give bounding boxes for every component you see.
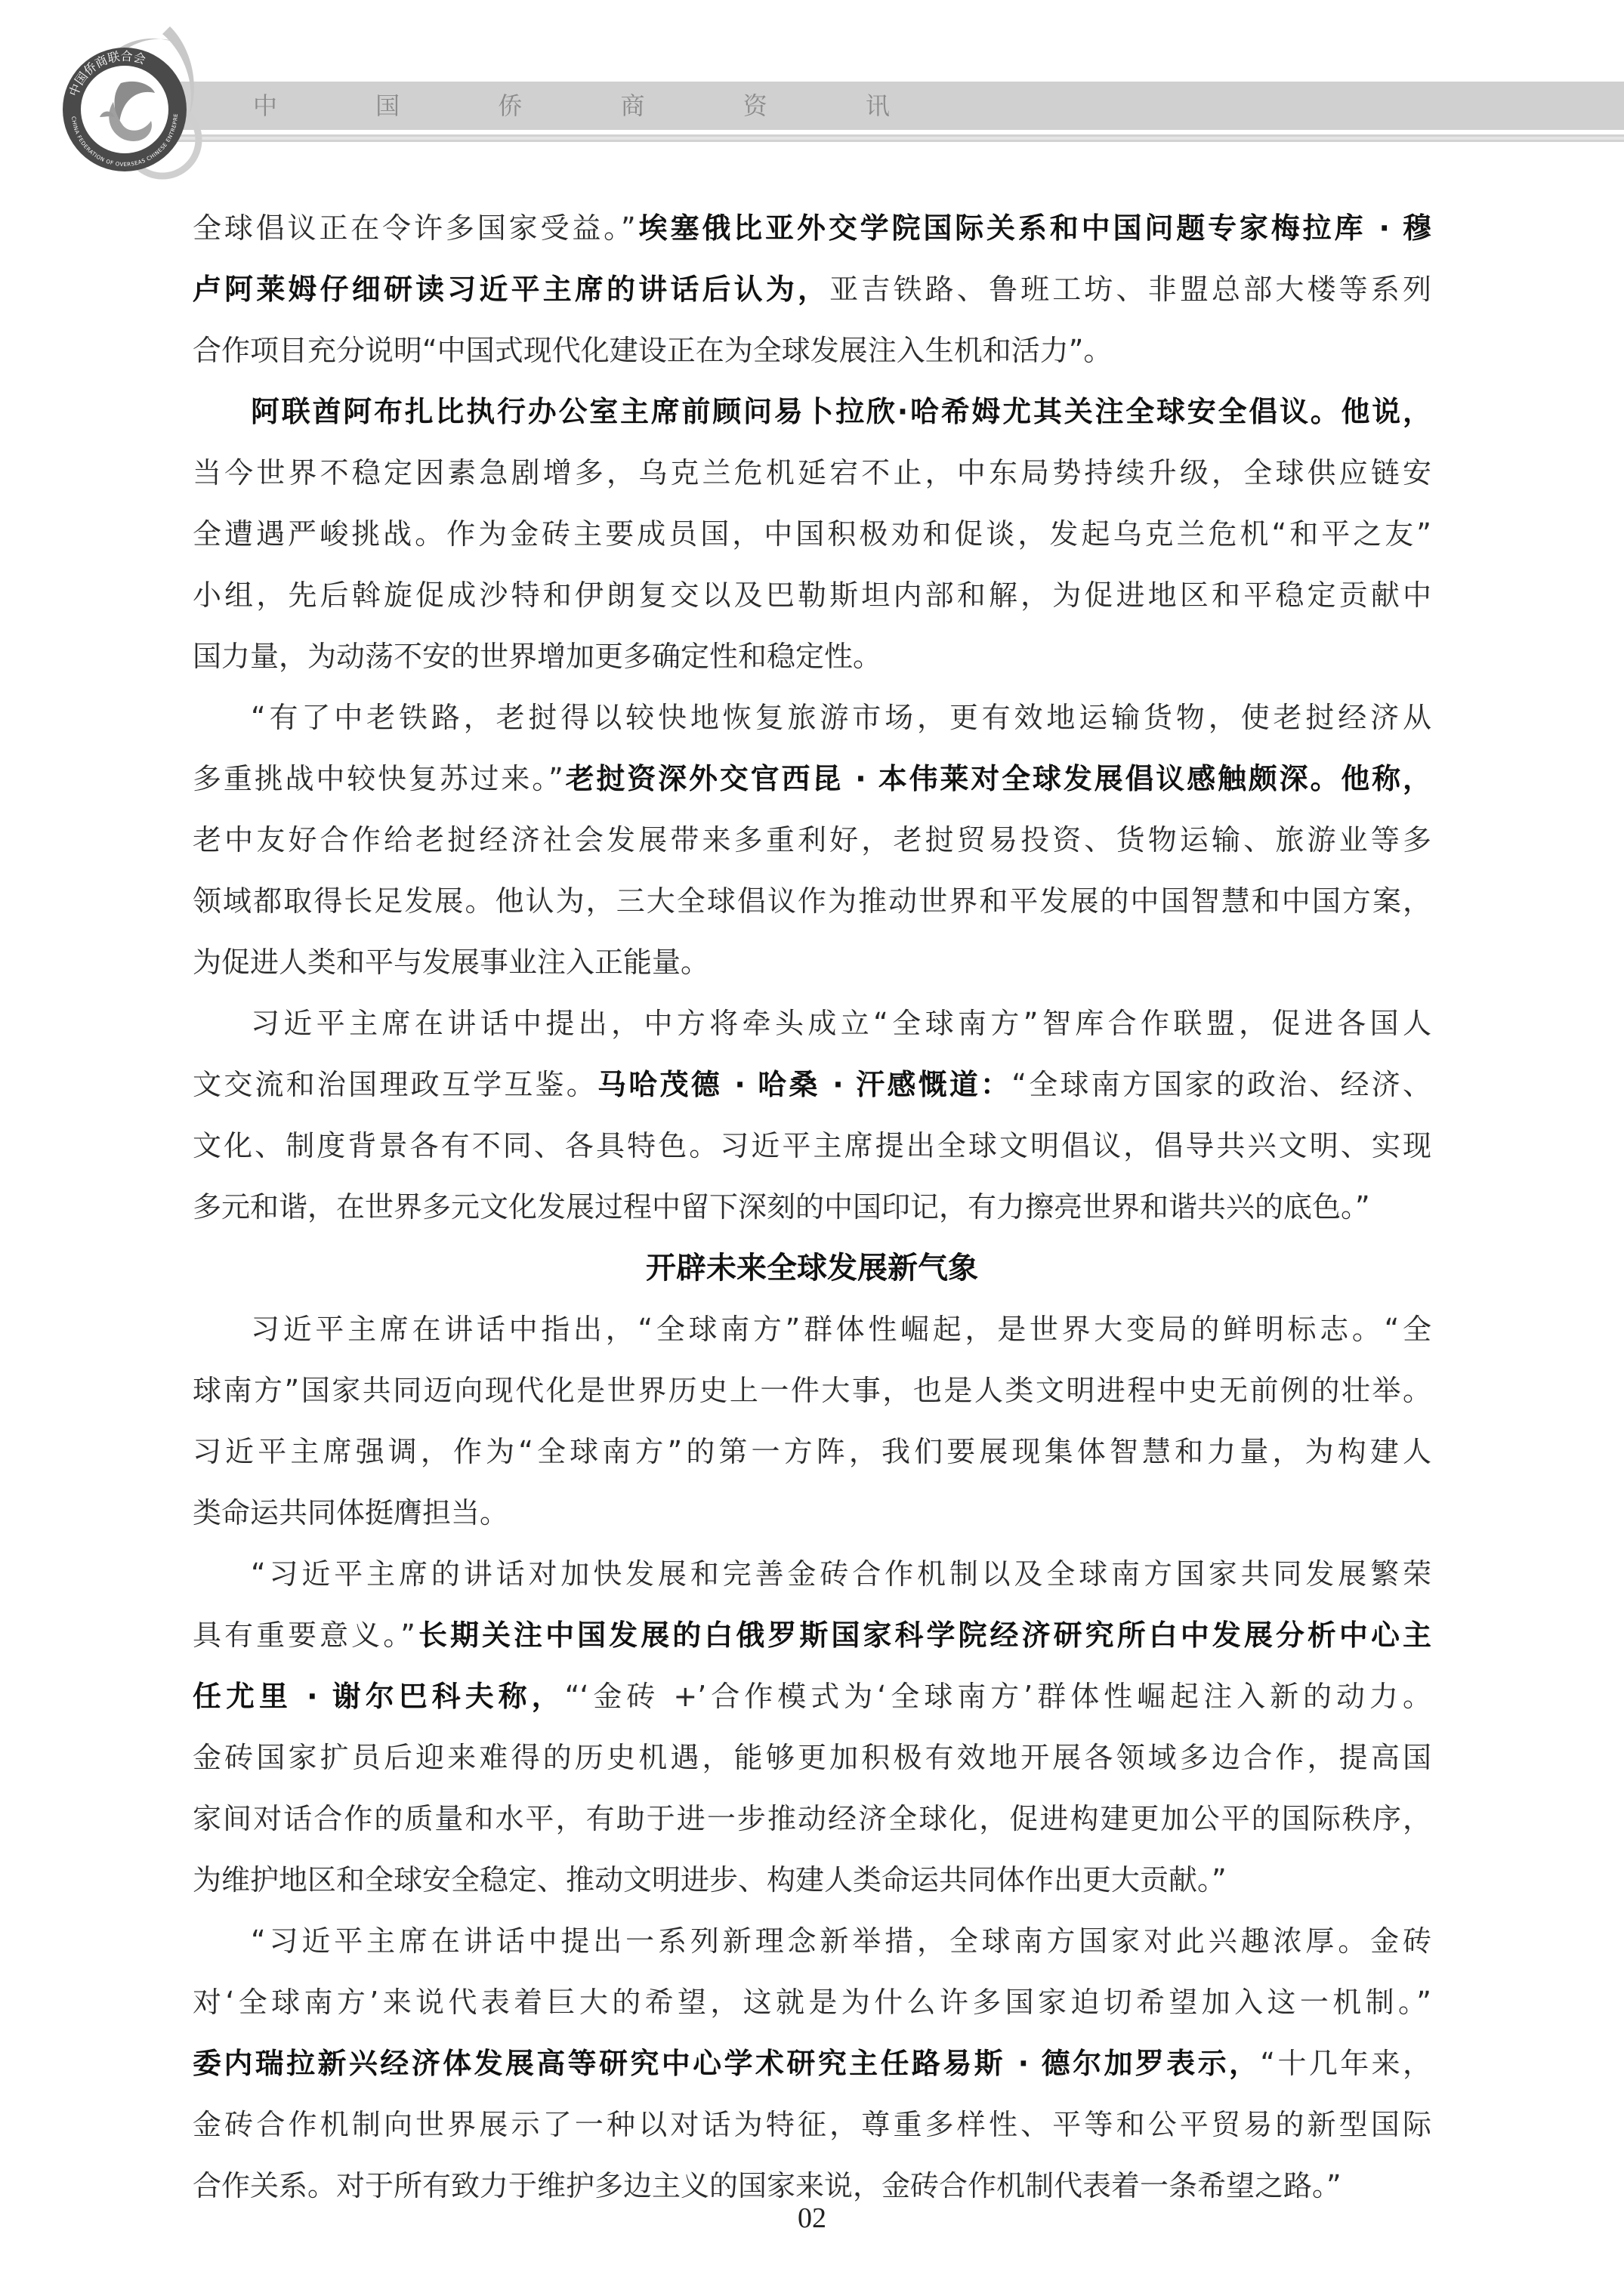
- text-line: 金砖国家扩员后迎来难得的历史机遇，能够更加积极有效地开展各领域多边合作，提高国: [193, 1727, 1431, 1788]
- body-text: 领域都取得长足发展。他认为，三大全球倡议作为推动世界和平发展的中国智慧和中国方案…: [193, 884, 1431, 918]
- body-text: 国力量，为动荡不安的世界增加更多确定性和稳定性。: [193, 640, 881, 673]
- page-number: 02: [0, 2202, 1624, 2235]
- body-text: 类命运共同体挺膺担当。: [193, 1496, 508, 1529]
- body-text: 多重挑战中较快复苏过来。”: [193, 762, 563, 795]
- body-text: 习近平主席在讲话中指出，“全球南方”群体性崛起，是世界大变局的鲜明标志。“全: [251, 1313, 1431, 1346]
- text-line: 金砖合作机制向世界展示了一种以对话为特征，尊重多样性、平等和公平贸易的新型国际: [193, 2094, 1431, 2156]
- body-text: 为维护地区和全球安全稳定、推动文明进步、构建人类命运共同体作出更大贡献。”: [193, 1863, 1227, 1896]
- text-line: 国力量，为动荡不安的世界增加更多确定性和稳定性。: [193, 626, 1431, 687]
- text-line: 习近平主席在讲话中指出，“全球南方”群体性崛起，是世界大变局的鲜明标志。“全: [193, 1299, 1431, 1360]
- text-line: “习近平主席在讲话中提出一系列新理念新举措，全球南方国家对此兴趣浓厚。金砖: [193, 1911, 1431, 1972]
- paragraph: 阿联酋阿布扎比执行办公室主席前顾问易卜拉欣·哈希姆尤其关注全球安全倡议。他说，当…: [193, 381, 1431, 687]
- text-line: 为促进人类和平与发展事业注入正能量。: [193, 932, 1431, 993]
- body-text: 文化、制度背景各有不同、各具特色。习近平主席提出全球文明倡议，倡导共兴文明、实现: [193, 1129, 1431, 1162]
- body-text: 金砖国家扩员后迎来难得的历史机遇，能够更加积极有效地开展各领域多边合作，提高国: [193, 1741, 1431, 1774]
- bold-attribution-text: 长期关注中国发展的白俄罗斯国家科学院经济研究所白中发展分析中心主: [415, 1619, 1431, 1652]
- body-text: 全遭遇严峻挑战。作为金砖主要成员国，中国积极劝和促谈，发起乌克兰危机“和平之友”: [193, 517, 1431, 551]
- body-text: 全球倡议正在令许多国家受益。”: [193, 211, 636, 245]
- article-body: 全球倡议正在令许多国家受益。”埃塞俄比亚外交学院国际关系和中国问题专家梅拉库 ·…: [193, 198, 1431, 2217]
- text-line: 具有重要意义。”长期关注中国发展的白俄罗斯国家科学院经济研究所白中发展分析中心主: [193, 1605, 1431, 1666]
- organization-emblem-icon: 中国侨商联合会 CHINA FEDERATION OF OVERSEAS CHI…: [30, 11, 227, 185]
- body-text: 球南方”国家共同迈向现代化是世界历史上一件大事，也是人类文明进程中史无前例的壮举…: [193, 1374, 1431, 1407]
- body-text: 合作关系。对于所有致力于维护多边主义的国家来说，金砖合作机制代表着一条希望之路。…: [193, 2169, 1341, 2202]
- paragraph: 习近平主席在讲话中指出，“全球南方”群体性崛起，是世界大变局的鲜明标志。“全球南…: [193, 1299, 1431, 1544]
- text-line: 习近平主席在讲话中提出，中方将牵头成立“全球南方”智库合作联盟，促进各国人: [193, 993, 1431, 1054]
- body-text: “有了中老铁路，老挝得以较快地恢复旅游市场，更有效地运输货物，使老挝经济从: [251, 701, 1431, 734]
- body-text: “习近平主席在讲话中提出一系列新理念新举措，全球南方国家对此兴趣浓厚。金砖: [251, 1924, 1431, 1958]
- body-text: 习近平主席在讲话中提出，中方将牵头成立“全球南方”智库合作联盟，促进各国人: [251, 1007, 1431, 1040]
- body-text: 文交流和治国理政互学互鉴。: [193, 1068, 597, 1101]
- paragraph: 习近平主席在讲话中提出，中方将牵头成立“全球南方”智库合作联盟，促进各国人文交流…: [193, 993, 1431, 1238]
- text-line: 阿联酋阿布扎比执行办公室主席前顾问易卜拉欣·哈希姆尤其关注全球安全倡议。他说，: [193, 381, 1431, 443]
- body-text: 对‘全球南方’来说代表着巨大的希望，这就是为什么许多国家迫切希望加入这一机制。”: [193, 1986, 1431, 2019]
- text-line: 老中友好合作给老挝经济社会发展带来多重利好，老挝贸易投资、货物运输、旅游业等多: [193, 810, 1431, 871]
- text-line: 为维护地区和全球安全稳定、推动文明进步、构建人类命运共同体作出更大贡献。”: [193, 1850, 1431, 1911]
- text-line: 多元和谐，在世界多元文化发展过程中留下深刻的中国印记，有力擦亮世界和谐共兴的底色…: [193, 1177, 1431, 1238]
- text-line: 领域都取得长足发展。他认为，三大全球倡议作为推动世界和平发展的中国智慧和中国方案…: [193, 871, 1431, 932]
- body-text: “十几年来，: [1260, 2047, 1431, 2080]
- text-line: 当今世界不稳定因素急剧增多，乌克兰危机延宕不止，中东局势持续升级，全球供应链安: [193, 443, 1431, 504]
- body-text: 合作项目充分说明“中国式现代化建设正在为全球发展注入生机和活力”。: [193, 334, 1112, 367]
- text-line: 全遭遇严峻挑战。作为金砖主要成员国，中国积极劝和促谈，发起乌克兰危机“和平之友”: [193, 504, 1431, 565]
- body-text: 老中友好合作给老挝经济社会发展带来多重利好，老挝贸易投资、货物运输、旅游业等多: [193, 823, 1431, 856]
- text-line: 球南方”国家共同迈向现代化是世界历史上一件大事，也是人类文明进程中史无前例的壮举…: [193, 1360, 1431, 1421]
- header-divider: [113, 134, 1624, 142]
- paragraph: “习近平主席在讲话中提出一系列新理念新举措，全球南方国家对此兴趣浓厚。金砖对‘全…: [193, 1911, 1431, 2217]
- bold-attribution-text: 任尤里 · 谢尔巴科夫称，: [193, 1680, 565, 1713]
- body-text: 习近平主席强调，作为“全球南方”的第一方阵，我们要展现集体智慧和力量，为构建人: [193, 1435, 1431, 1468]
- bold-attribution-text: 马哈茂德 · 哈桑 · 汗感慨道：: [597, 1068, 1011, 1101]
- paragraph: “有了中老铁路，老挝得以较快地恢复旅游市场，更有效地运输货物，使老挝经济从多重挑…: [193, 687, 1431, 993]
- text-line: 对‘全球南方’来说代表着巨大的希望，这就是为什么许多国家迫切希望加入这一机制。”: [193, 1972, 1431, 2033]
- body-text: 家间对话合作的质量和水平，有助于进一步推动经济全球化，促进构建更加公平的国际秩序…: [193, 1802, 1431, 1835]
- text-line: 委内瑞拉新兴经济体发展高等研究中心学术研究主任路易斯 · 德尔加罗表示，“十几年…: [193, 2033, 1431, 2094]
- text-line: 多重挑战中较快复苏过来。”老挝资深外交官西昆 · 本伟莱对全球发展倡议感触颇深。…: [193, 748, 1431, 810]
- body-text: 具有重要意义。”: [193, 1619, 415, 1652]
- body-text: “习近平主席的讲话对加快发展和完善金砖合作机制以及全球南方国家共同发展繁荣: [251, 1557, 1431, 1591]
- text-line: “习近平主席的讲话对加快发展和完善金砖合作机制以及全球南方国家共同发展繁荣: [193, 1544, 1431, 1605]
- bold-attribution-text: 阿联酋阿布扎比执行办公室主席前顾问易卜拉欣·哈希姆尤其关注全球安全倡议。他说，: [251, 395, 1431, 428]
- body-text: 为促进人类和平与发展事业注入正能量。: [193, 946, 709, 979]
- text-line: 合作项目充分说明“中国式现代化建设正在为全球发展注入生机和活力”。: [193, 320, 1431, 381]
- body-text: 小组，先后斡旋促成沙特和伊朗复交以及巴勒斯坦内部和解，为促进地区和平稳定贡献中: [193, 579, 1431, 612]
- bold-attribution-text: 老挝资深外交官西昆 · 本伟莱对全球发展倡议感触颇深。他称，: [563, 762, 1431, 795]
- body-text: 当今世界不稳定因素急剧增多，乌克兰危机延宕不止，中东局势持续升级，全球供应链安: [193, 456, 1431, 489]
- text-line: 习近平主席强调，作为“全球南方”的第一方阵，我们要展现集体智慧和力量，为构建人: [193, 1421, 1431, 1483]
- bold-attribution-text: 埃塞俄比亚外交学院国际关系和中国问题专家梅拉库 · 穆: [636, 211, 1431, 245]
- text-line: “有了中老铁路，老挝得以较快地恢复旅游市场，更有效地运输货物，使老挝经济从: [193, 687, 1431, 748]
- bold-attribution-text: 卢阿莱姆仔细研读习近平主席的讲话后认为，: [193, 273, 829, 306]
- text-line: 全球倡议正在令许多国家受益。”埃塞俄比亚外交学院国际关系和中国问题专家梅拉库 ·…: [193, 198, 1431, 259]
- body-text: 多元和谐，在世界多元文化发展过程中留下深刻的中国印记，有力擦亮世界和谐共兴的底色…: [193, 1190, 1370, 1224]
- text-line: 卢阿莱姆仔细研读习近平主席的讲话后认为，亚吉铁路、鲁班工坊、非盟总部大楼等系列: [193, 259, 1431, 320]
- paragraph: “习近平主席的讲话对加快发展和完善金砖合作机制以及全球南方国家共同发展繁荣具有重…: [193, 1544, 1431, 1911]
- section-heading: 开辟未来全球发展新气象: [193, 1238, 1431, 1299]
- publication-title: 中 国 侨 商 资 讯: [253, 85, 935, 127]
- text-line: 家间对话合作的质量和水平，有助于进一步推动经济全球化，促进构建更加公平的国际秩序…: [193, 1788, 1431, 1850]
- text-line: 类命运共同体挺膺担当。: [193, 1483, 1431, 1544]
- text-line: 小组，先后斡旋促成沙特和伊朗复交以及巴勒斯坦内部和解，为促进地区和平稳定贡献中: [193, 565, 1431, 626]
- body-text: “全球南方国家的政治、经济、: [1011, 1068, 1431, 1101]
- text-line: 任尤里 · 谢尔巴科夫称，“‘金砖 +’合作模式为‘全球南方’群体性崛起注入新的…: [193, 1666, 1431, 1727]
- body-text: “‘金砖 +’合作模式为‘全球南方’群体性崛起注入新的动力。: [565, 1680, 1431, 1713]
- text-line: 文交流和治国理政互学互鉴。马哈茂德 · 哈桑 · 汗感慨道：“全球南方国家的政治…: [193, 1054, 1431, 1116]
- text-line: 文化、制度背景各有不同、各具特色。习近平主席提出全球文明倡议，倡导共兴文明、实现: [193, 1116, 1431, 1177]
- bold-attribution-text: 委内瑞拉新兴经济体发展高等研究中心学术研究主任路易斯 · 德尔加罗表示，: [193, 2047, 1260, 2080]
- paragraph: 全球倡议正在令许多国家受益。”埃塞俄比亚外交学院国际关系和中国问题专家梅拉库 ·…: [193, 198, 1431, 381]
- body-text: 金砖合作机制向世界展示了一种以对话为特征，尊重多样性、平等和公平贸易的新型国际: [193, 2108, 1431, 2141]
- body-text: 亚吉铁路、鲁班工坊、非盟总部大楼等系列: [829, 273, 1431, 306]
